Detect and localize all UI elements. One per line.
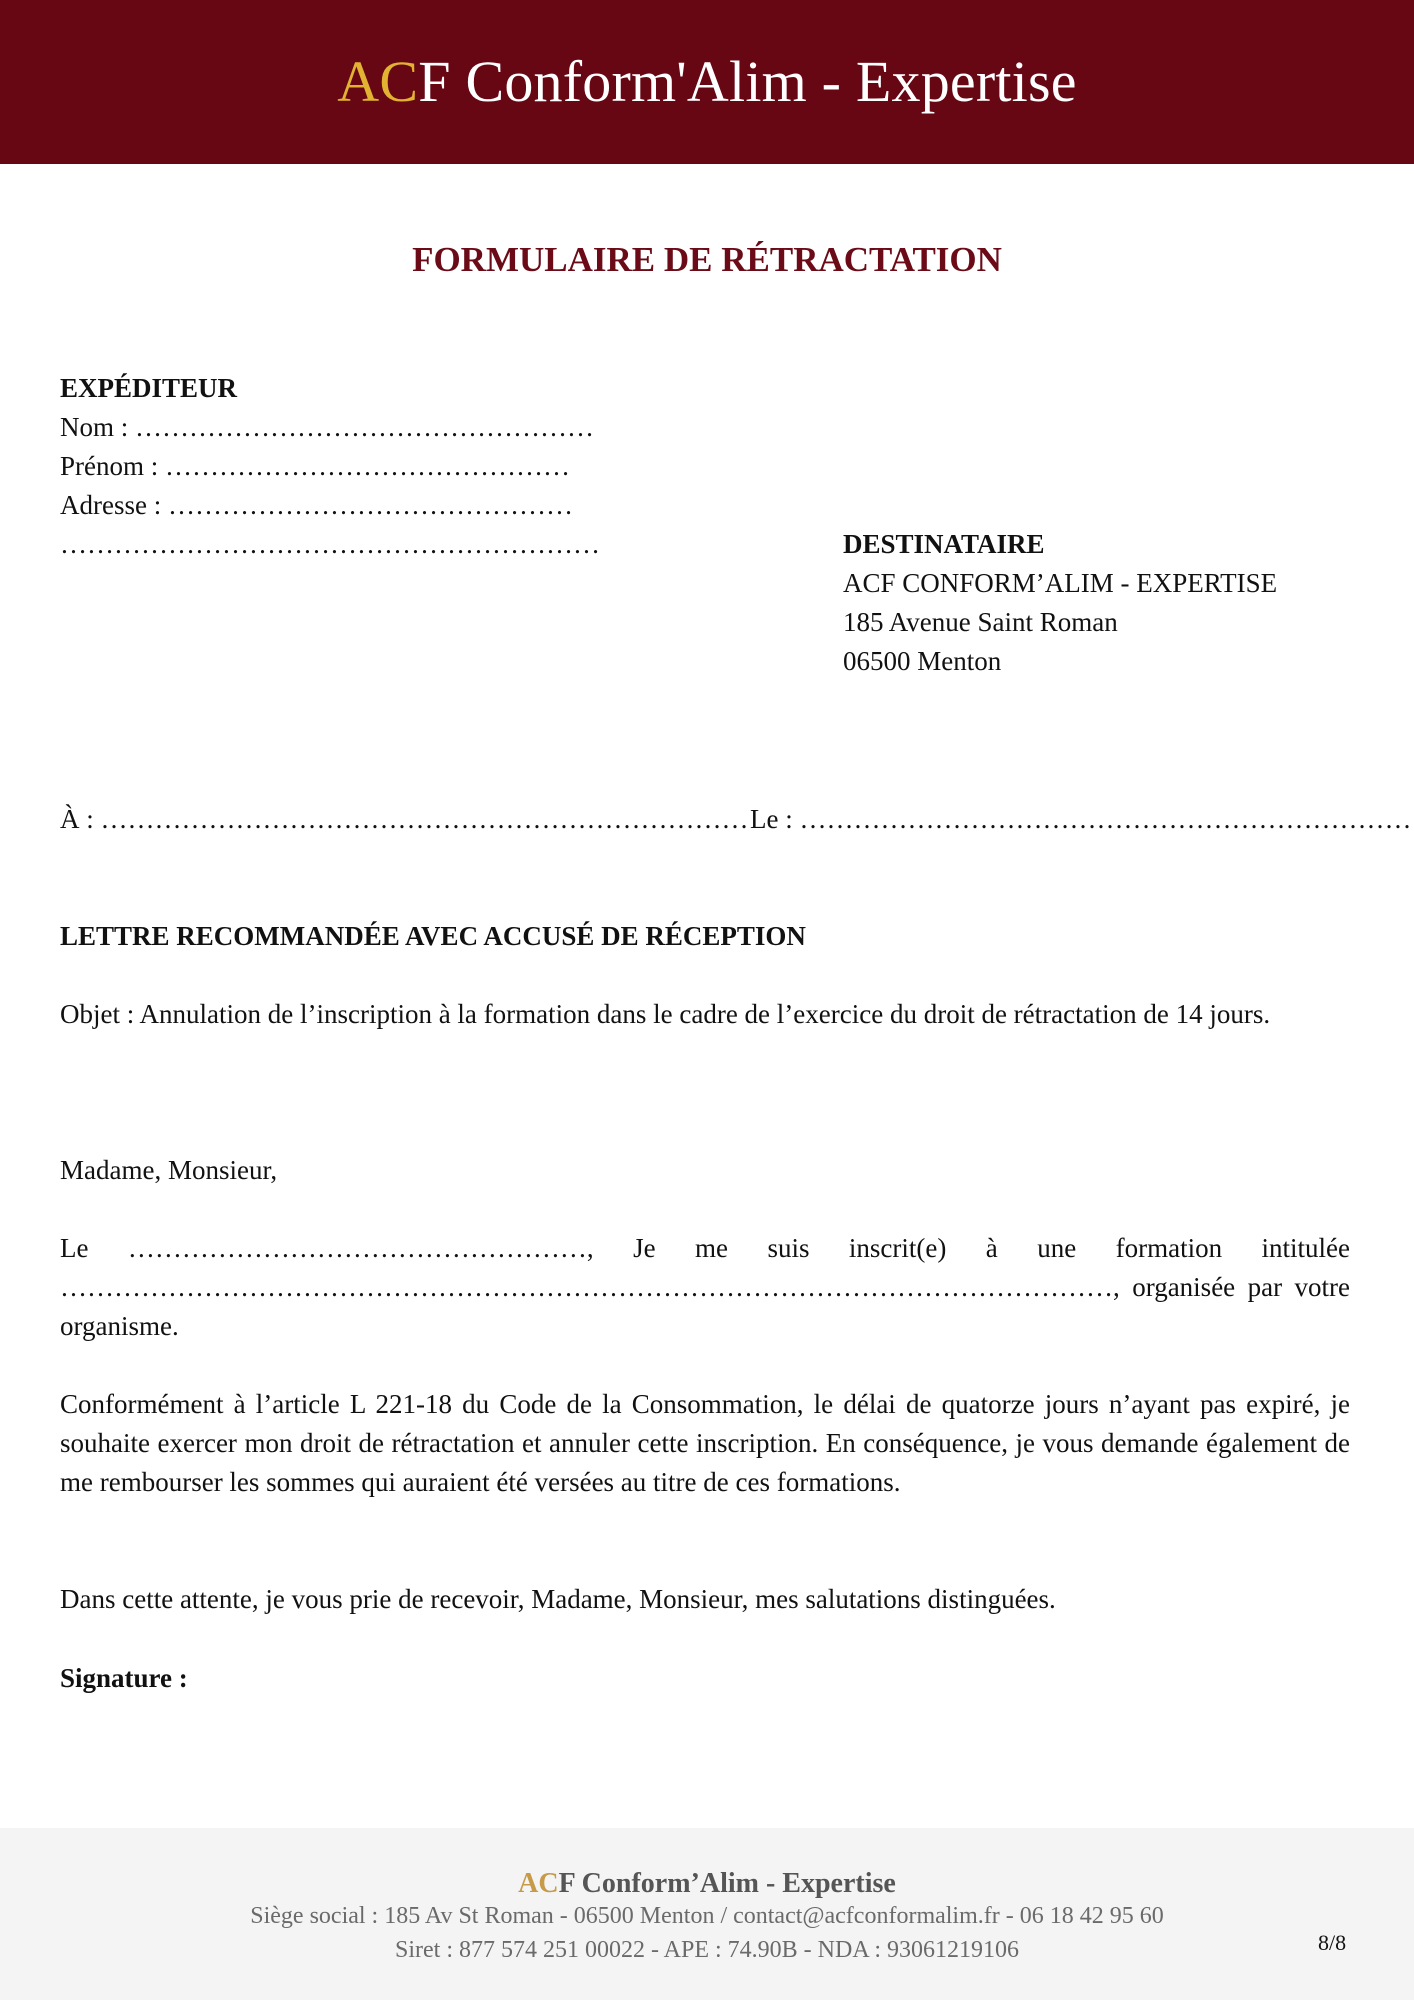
sender-address-label: Adresse : bbox=[60, 490, 161, 520]
page-footer: ACF Conform’Alim - Expertise Siège socia… bbox=[0, 1828, 1414, 2000]
sender-address-dots: ……………………………………… bbox=[161, 490, 573, 520]
sender-heading: EXPÉDITEUR bbox=[60, 369, 660, 408]
sender-name-field[interactable]: Nom : …………………………………………… bbox=[60, 408, 660, 447]
recipient-street: 185 Avenue Saint Roman bbox=[843, 603, 1363, 642]
sender-block: EXPÉDITEUR Nom : …………………………………………… Préno… bbox=[60, 369, 660, 564]
registered-letter-heading: LETTRE RECOMMANDÉE AVEC ACCUSÉ DE RÉCEPT… bbox=[60, 917, 806, 956]
recipient-city: 06500 Menton bbox=[843, 642, 1363, 681]
brand-accent: AC bbox=[337, 49, 418, 114]
brand-name: F Conform'Alim - Expertise bbox=[418, 49, 1076, 114]
sender-name-label: Nom : bbox=[60, 412, 128, 442]
letter-paragraph-enrollment[interactable]: Le ……………………………………………, Je me suis inscrit… bbox=[60, 1229, 1350, 1346]
brand-title: ACF Conform'Alim - Expertise bbox=[337, 48, 1076, 115]
place-label: À : bbox=[60, 804, 94, 834]
letter-salutation: Madame, Monsieur, bbox=[60, 1151, 277, 1190]
sender-firstname-label: Prénom : bbox=[60, 451, 158, 481]
footer-contact-line: Siège social : 185 Av St Roman - 06500 M… bbox=[0, 1903, 1414, 1930]
signature-label: Signature : bbox=[60, 1659, 188, 1698]
footer-brand-name: F Conform’Alim - Expertise bbox=[559, 1868, 896, 1899]
place-field[interactable]: À : ……………………………………………………………… bbox=[60, 804, 749, 834]
recipient-block: DESTINATAIRE ACF CONFORM’ALIM - EXPERTIS… bbox=[843, 525, 1363, 681]
date-label: Le : bbox=[750, 804, 793, 834]
recipient-heading: DESTINATAIRE bbox=[843, 525, 1363, 564]
page-number: 8/8 bbox=[1318, 1930, 1346, 1956]
letter-subject: Objet : Annulation de l’inscription à la… bbox=[60, 995, 1350, 1034]
page-header: ACF Conform'Alim - Expertise bbox=[0, 0, 1414, 164]
sender-name-dots: …………………………………………… bbox=[128, 412, 594, 442]
footer-brand-accent: AC bbox=[518, 1868, 558, 1899]
sender-address-line2-field[interactable]: …………………………………………………… bbox=[60, 525, 660, 564]
date-dots: …………………………………………………………… bbox=[793, 804, 1414, 834]
date-field[interactable]: Le : …………………………………………………………… bbox=[750, 800, 1414, 839]
footer-brand: ACF Conform’Alim - Expertise bbox=[0, 1868, 1414, 1900]
sender-address-field[interactable]: Adresse : ……………………………………… bbox=[60, 486, 660, 525]
place-date-row: À : ……………………………………………………………… Le : ………………… bbox=[60, 800, 1360, 839]
place-dots: ……………………………………………………………… bbox=[94, 804, 749, 834]
letter-closing: Dans cette attente, je vous prie de rece… bbox=[60, 1580, 1350, 1619]
sender-address-line2-dots: …………………………………………………… bbox=[60, 529, 600, 559]
footer-legal-line: Siret : 877 574 251 00022 - APE : 74.90B… bbox=[0, 1937, 1414, 1964]
letter-paragraph-withdrawal: Conformément à l’article L 221-18 du Cod… bbox=[60, 1385, 1350, 1502]
sender-firstname-field[interactable]: Prénom : ……………………………………… bbox=[60, 447, 660, 486]
document-title: FORMULAIRE DE RÉTRACTATION bbox=[0, 240, 1414, 280]
recipient-company: ACF CONFORM’ALIM - EXPERTISE bbox=[843, 564, 1363, 603]
sender-firstname-dots: ……………………………………… bbox=[158, 451, 570, 481]
